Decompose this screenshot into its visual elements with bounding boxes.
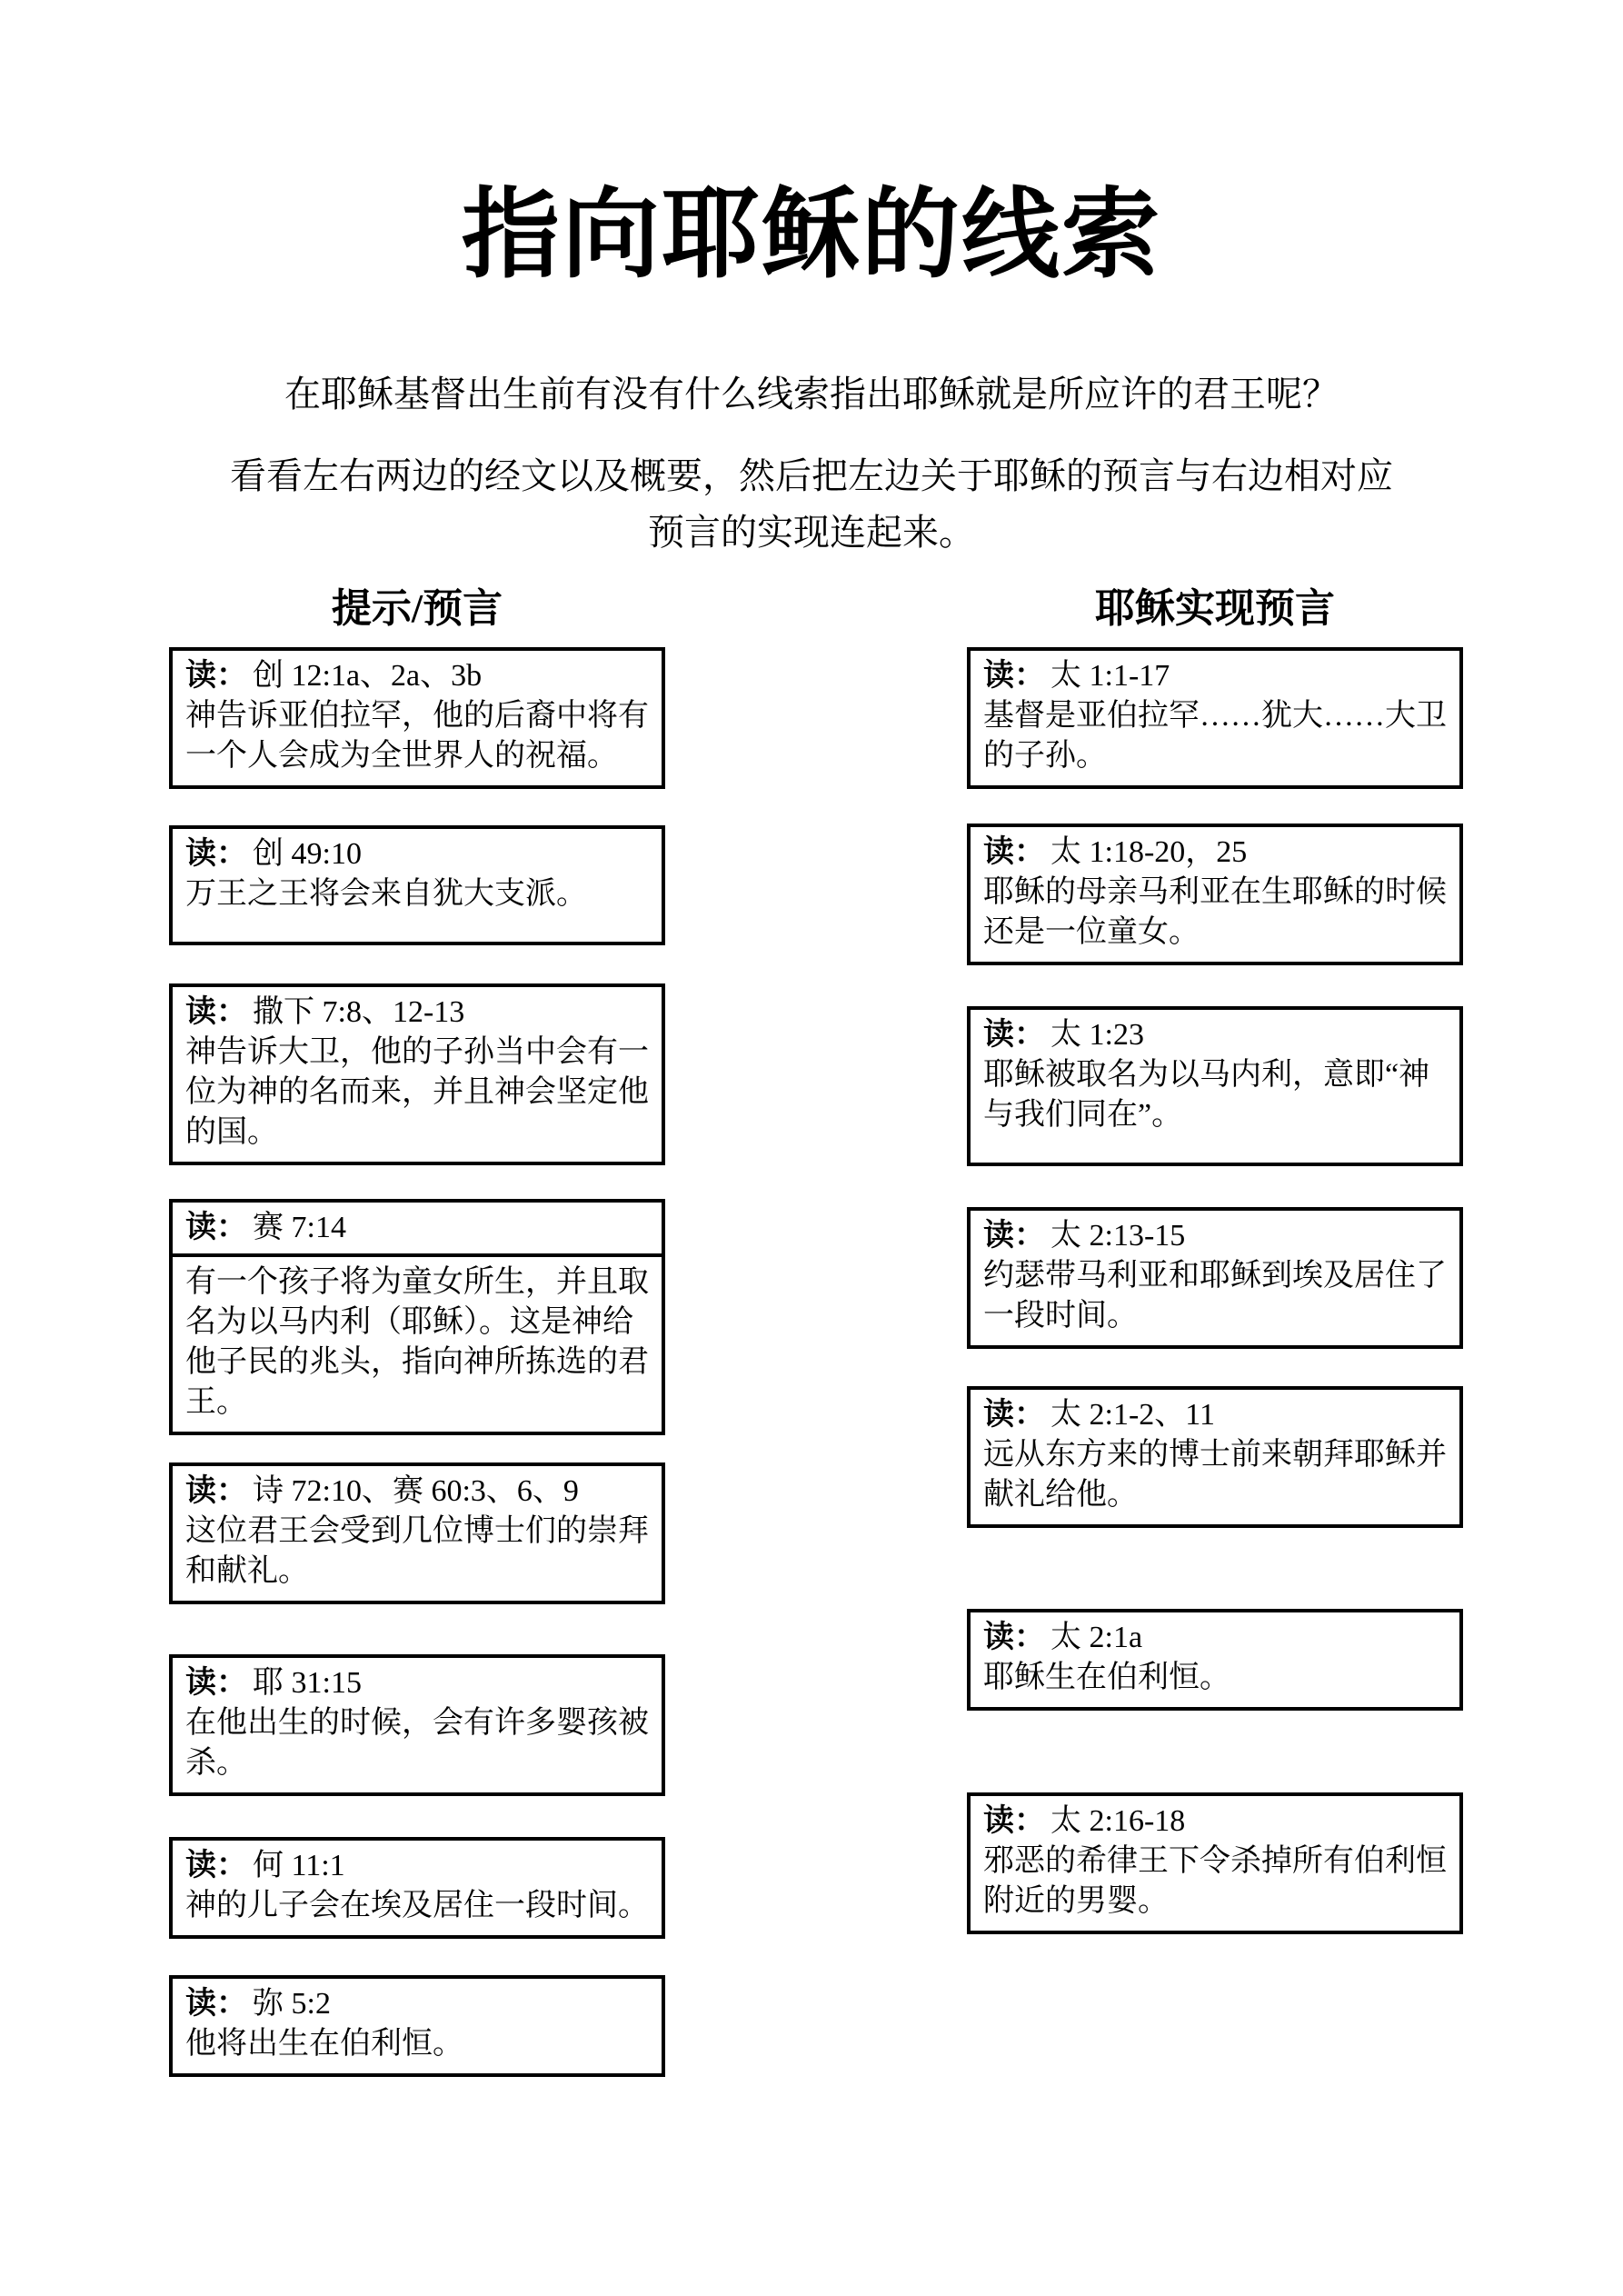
intro-instructions-line-2: 预言的实现连起来。 (0, 504, 1623, 561)
ref-line: 读：创 12:1a、2a、3b (185, 659, 482, 693)
read-label: 读： (185, 1666, 247, 1700)
scripture-ref: 创 12:1a、2a、3b (253, 659, 482, 693)
read-label: 读： (185, 995, 247, 1029)
right-box-3: 读：太 1:23 耶稣被取名为以马内利，意即“神与我们同在”。 (967, 1006, 1463, 1166)
column-headers: 提示/预言 耶稣实现预言 (0, 584, 1623, 633)
read-label: 读： (185, 1987, 247, 2021)
read-label: 读： (185, 1849, 247, 1882)
box-summary: 远从东方来的博士前来朝拜耶稣并献礼给他。 (983, 1435, 1447, 1515)
left-box-8: 读：弥 5:2 他将出生在伯利恒。 (169, 1975, 665, 2077)
read-label: 读： (983, 1398, 1045, 1432)
box-summary: 基督是亚伯拉罕……犹大……大卫的子孙。 (983, 696, 1447, 776)
scripture-ref: 太 1:18-20，25 (1050, 835, 1247, 869)
ref-line: 读：太 1:18-20，25 (983, 835, 1247, 869)
scripture-ref: 何 11:1 (253, 1849, 345, 1882)
prophecy-column: 读：创 12:1a、2a、3b 神告诉亚伯拉罕，他的后裔中将有一个人会成为全世界… (169, 647, 665, 2077)
left-box-6: 读：耶 31:15 在他出生的时候，会有许多婴孩被杀。 (169, 1654, 665, 1796)
ref-line: 读：太 2:13-15 (983, 1219, 1185, 1253)
box-summary: 神告诉大卫，他的子孙当中会有一位为神的名而来，并且神会坚定他的国。 (185, 1033, 649, 1153)
read-label: 读： (983, 1621, 1045, 1654)
ref-line: 读：弥 5:2 (185, 1987, 331, 2021)
scripture-ref: 太 2:1-2、11 (1050, 1398, 1215, 1432)
intro-question: 在耶稣基督出生前有没有什么线索指出耶稣就是所应许的君王呢？ (0, 366, 1623, 423)
box-summary: 有一个孩子将为童女所生，并且取名为以马内利（耶稣）。这是神给他子民的兆头，指向神… (185, 1263, 649, 1423)
matching-columns: 读：创 12:1a、2a、3b 神告诉亚伯拉罕，他的后裔中将有一个人会成为全世界… (0, 647, 1623, 2077)
right-box-4: 读：太 2:13-15 约瑟带马利亚和耶稣到埃及居住了一段时间。 (967, 1207, 1463, 1349)
scripture-ref: 太 1:1-17 (1050, 659, 1170, 693)
ref-line: 读：何 11:1 (185, 1849, 345, 1882)
intro-instructions-line-1: 看看左右两边的经文以及概要，然后把左边关于耶稣的预言与右边相对应 (0, 448, 1623, 504)
right-box-5: 读：太 2:1-2、11 远从东方来的博士前来朝拜耶稣并献礼给他。 (967, 1386, 1463, 1528)
ref-line: 读：太 2:1a (983, 1621, 1142, 1654)
scripture-ref: 诗 72:10、赛 60:3、6、9 (253, 1474, 579, 1508)
left-box-4: 读：赛 7:14 有一个孩子将为童女所生，并且取名为以马内利（耶稣）。这是神给他… (169, 1199, 665, 1435)
ref-line: 读：诗 72:10、赛 60:3、6、9 (185, 1474, 579, 1508)
left-box-2: 读：创 49:10 万王之王将会来自犹大支派。 (169, 825, 665, 945)
read-label: 读： (983, 835, 1045, 869)
right-box-2: 读：太 1:18-20，25 耶稣的母亲马利亚在生耶稣的时候还是一位童女。 (967, 824, 1463, 965)
ref-line: 读：创 49:10 (185, 837, 362, 871)
box-summary: 万王之王将会来自犹大支派。 (185, 874, 649, 914)
box-summary: 约瑟带马利亚和耶稣到埃及居住了一段时间。 (983, 1256, 1447, 1336)
box-summary: 耶稣生在伯利恒。 (983, 1658, 1447, 1698)
page-title: 指向耶稣的线索 (0, 177, 1623, 295)
left-box-7: 读：何 11:1 神的儿子会在埃及居住一段时间。 (169, 1837, 665, 1939)
read-label: 读： (983, 1219, 1045, 1253)
read-label: 读： (185, 659, 247, 693)
scripture-ref: 撒下 7:8、12-13 (253, 995, 464, 1029)
read-label: 读： (185, 1474, 247, 1508)
ref-line: 读：赛 7:14 (173, 1203, 662, 1257)
ref-line: 读：耶 31:15 (185, 1666, 362, 1700)
box-summary: 神告诉亚伯拉罕，他的后裔中将有一个人会成为全世界人的祝福。 (185, 696, 649, 776)
right-box-1: 读：太 1:1-17 基督是亚伯拉罕……犹大……大卫的子孙。 (967, 647, 1463, 789)
scripture-ref: 弥 5:2 (253, 1987, 331, 2021)
ref-line: 读：太 2:1-2、11 (983, 1398, 1215, 1432)
read-label: 读： (983, 659, 1045, 693)
scripture-ref: 赛 7:14 (253, 1211, 346, 1244)
scripture-ref: 太 2:16-18 (1050, 1804, 1185, 1838)
read-label: 读： (185, 1211, 247, 1244)
ref-line: 读：撒下 7:8、12-13 (185, 995, 464, 1029)
header-fulfillments: 耶稣实现预言 (967, 584, 1463, 633)
left-box-1: 读：创 12:1a、2a、3b 神告诉亚伯拉罕，他的后裔中将有一个人会成为全世界… (169, 647, 665, 789)
box-summary: 邪恶的希律王下令杀掉所有伯利恒附近的男婴。 (983, 1842, 1447, 1922)
scripture-ref: 太 1:23 (1050, 1018, 1144, 1052)
box-summary: 这位君王会受到几位博士们的崇拜和献礼。 (185, 1512, 649, 1592)
scripture-ref: 创 49:10 (253, 837, 362, 871)
ref-line: 读：太 1:1-17 (983, 659, 1170, 693)
scripture-ref: 太 2:1a (1050, 1621, 1142, 1654)
right-box-6: 读：太 2:1a 耶稣生在伯利恒。 (967, 1609, 1463, 1711)
read-label: 读： (185, 837, 247, 871)
right-box-7: 读：太 2:16-18 邪恶的希律王下令杀掉所有伯利恒附近的男婴。 (967, 1792, 1463, 1934)
left-box-5: 读：诗 72:10、赛 60:3、6、9 这位君王会受到几位博士们的崇拜和献礼。 (169, 1462, 665, 1604)
left-box-3: 读：撒下 7:8、12-13 神告诉大卫，他的子孙当中会有一位为神的名而来，并且… (169, 983, 665, 1165)
ref-line: 读：太 2:16-18 (983, 1804, 1185, 1838)
box-summary: 神的儿子会在埃及居住一段时间。 (185, 1886, 649, 1926)
box-summary: 在他出生的时候，会有许多婴孩被杀。 (185, 1703, 649, 1783)
fulfillment-column: 读：太 1:1-17 基督是亚伯拉罕……犹大……大卫的子孙。 读：太 1:18-… (967, 647, 1463, 1934)
ref-line: 读：太 1:23 (983, 1018, 1144, 1052)
box-summary: 耶稣被取名为以马内利，意即“神与我们同在”。 (983, 1055, 1447, 1135)
scripture-ref: 太 2:13-15 (1050, 1219, 1185, 1253)
read-label: 读： (983, 1804, 1045, 1838)
read-label: 读： (983, 1018, 1045, 1052)
box-summary: 他将出生在伯利恒。 (185, 2024, 649, 2064)
box-summary: 耶稣的母亲马利亚在生耶稣的时候还是一位童女。 (983, 873, 1447, 953)
scripture-ref: 耶 31:15 (253, 1666, 362, 1700)
worksheet-page: { "page": { "title": "指向耶稣的线索", "intro_l… (0, 0, 1623, 2296)
header-prophecies: 提示/预言 (169, 584, 665, 633)
